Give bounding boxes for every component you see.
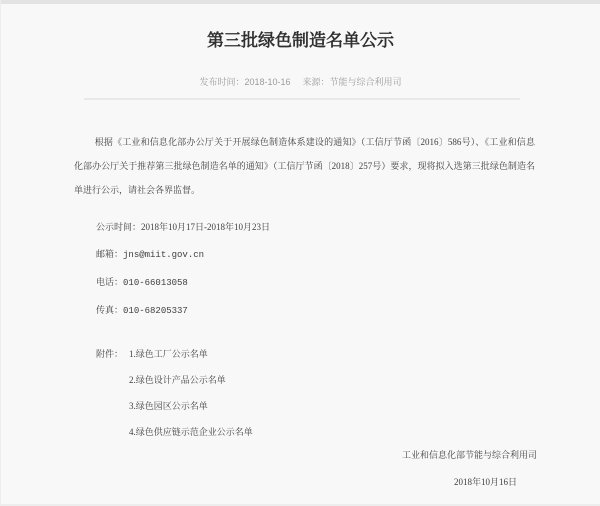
notice-period-label: 公示时间： bbox=[96, 222, 141, 232]
email-line: 邮箱：jns@miit.gov.cn bbox=[96, 241, 600, 269]
fax-line: 传真：010-68205337 bbox=[96, 297, 600, 325]
publish-time-label: 发布时间： bbox=[199, 77, 244, 87]
attachment-item-green-design-product[interactable]: 2.绿色设计产品公示名单 bbox=[129, 367, 253, 393]
notice-period-line: 公示时间：2018年10月17日-2018年10月23日 bbox=[96, 214, 600, 241]
phone-line: 电话：010-66013058 bbox=[96, 269, 600, 297]
top-divider bbox=[1, 0, 600, 4]
fax-value: 010-68205337 bbox=[123, 306, 188, 316]
attachment-item-green-park[interactable]: 3.绿色园区公示名单 bbox=[129, 393, 253, 419]
meta-line: 发布时间：2018-10-16来源：节能与综合利用司 bbox=[1, 75, 600, 88]
publish-time-value: 2018-10-16 bbox=[244, 77, 290, 87]
email-value: jns@miit.gov.cn bbox=[123, 250, 204, 260]
source-label: 来源： bbox=[303, 77, 330, 87]
attachments-list: 1.绿色工厂公示名单 2.绿色设计产品公示名单 3.绿色园区公示名单 4.绿色供… bbox=[123, 341, 253, 445]
attachment-item-green-supply-chain[interactable]: 4.绿色供应链示范企业公示名单 bbox=[129, 419, 253, 445]
page-title: 第三批绿色制造名单公示 bbox=[1, 26, 600, 51]
fax-label: 传真： bbox=[96, 305, 123, 315]
announcement-page: 第三批绿色制造名单公示 发布时间：2018-10-16来源：节能与综合利用司 根… bbox=[0, 0, 600, 506]
phone-value: 010-66013058 bbox=[123, 278, 188, 288]
attachment-item-green-factory[interactable]: 1.绿色工厂公示名单 bbox=[129, 341, 253, 367]
title-divider bbox=[84, 98, 520, 100]
attachments-section: 附件： 1.绿色工厂公示名单 2.绿色设计产品公示名单 3.绿色园区公示名单 4… bbox=[96, 341, 600, 445]
contact-info: 公示时间：2018年10月17日-2018年10月23日 邮箱：jns@miit… bbox=[96, 214, 600, 325]
phone-label: 电话： bbox=[96, 277, 123, 287]
source-value: 节能与综合利用司 bbox=[330, 77, 402, 87]
body-paragraph: 根据《工业和信息化部办公厅关于开展绿色制造体系建设的通知》（工信厅节函〔2016… bbox=[74, 130, 535, 202]
signature-block: 工业和信息化部节能与综合利用司 2018年10月16日 bbox=[1, 445, 600, 492]
signature-org: 工业和信息化部节能与综合利用司 bbox=[1, 445, 600, 465]
notice-period-value: 2018年10月17日-2018年10月23日 bbox=[141, 222, 270, 232]
email-label: 邮箱： bbox=[96, 249, 123, 259]
attachments-label: 附件： bbox=[96, 341, 123, 445]
signature-date: 2018年10月16日 bbox=[1, 472, 600, 492]
